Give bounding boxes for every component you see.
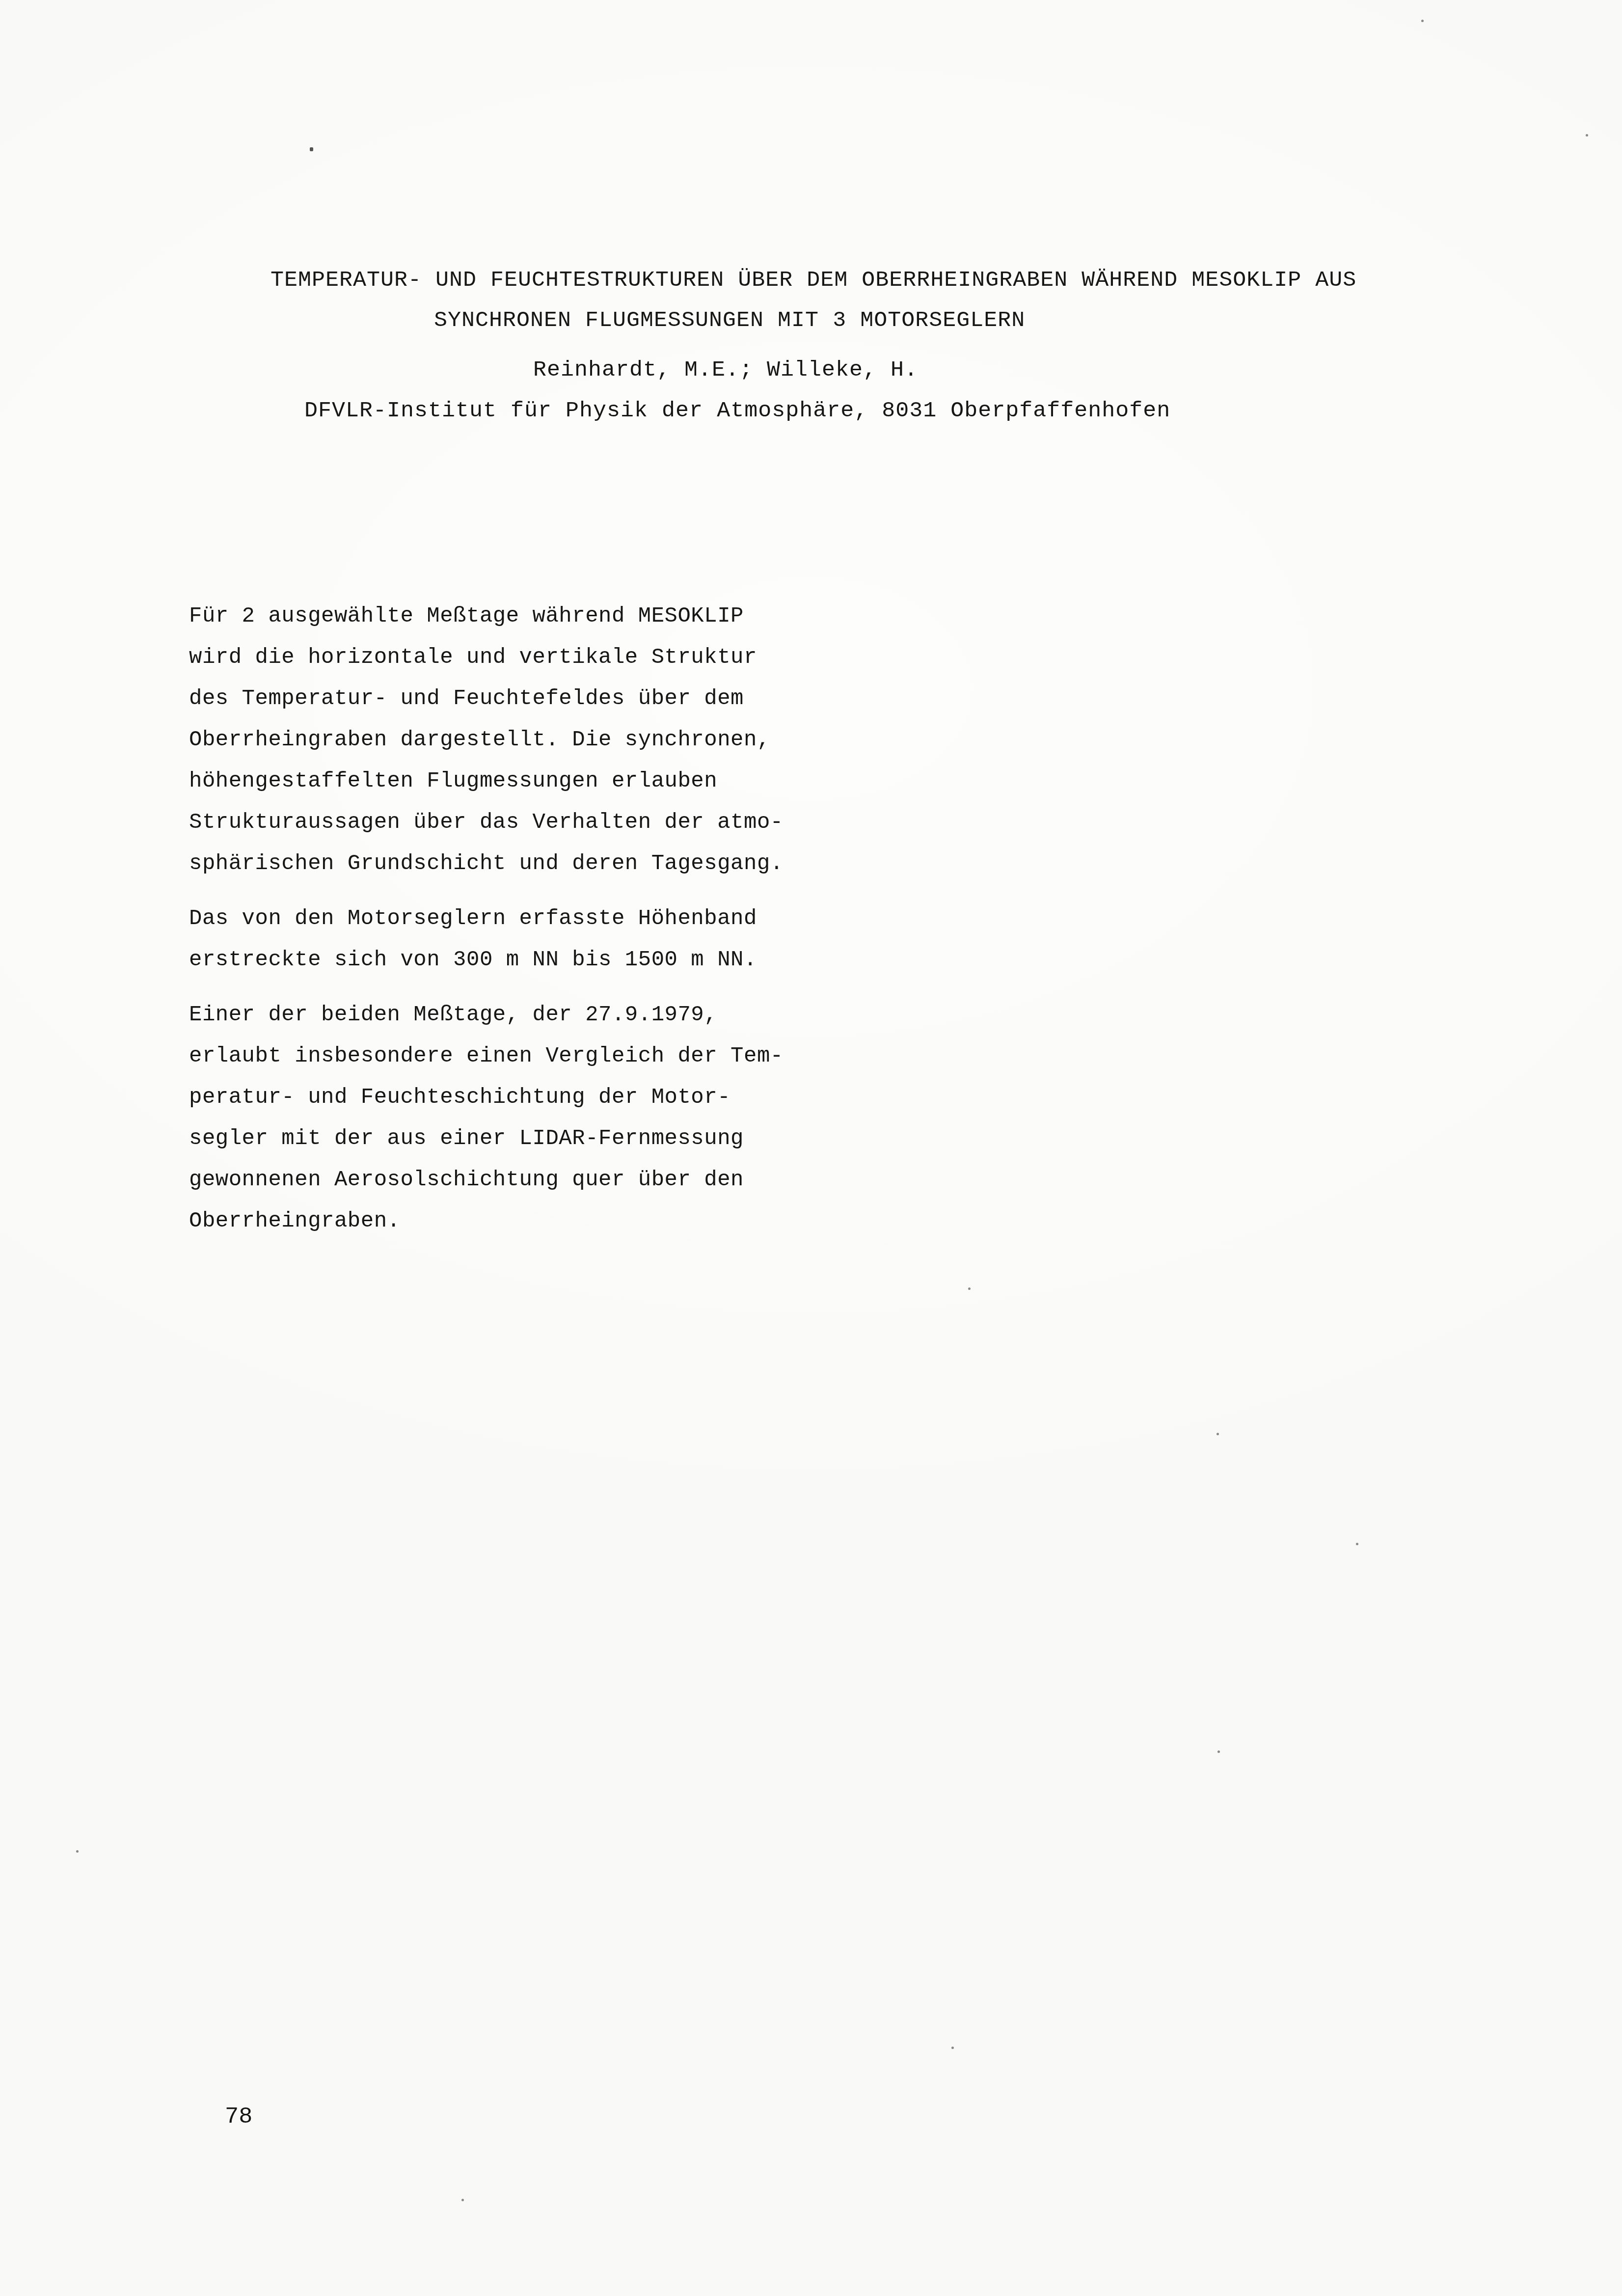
- scan-speck: [310, 147, 313, 151]
- paper-title-line-1: TEMPERATUR- UND FEUCHTESTRUKTUREN ÜBER D…: [270, 269, 1356, 291]
- abstract-body: Für 2 ausgewählte Meßtage während MESOKL…: [189, 596, 808, 1256]
- scan-speck: [461, 2199, 464, 2201]
- page-number: 78: [225, 2105, 252, 2129]
- scan-speck: [1356, 1543, 1358, 1545]
- affiliation-line: DFVLR-Institut für Physik der Atmosphäre…: [304, 400, 1170, 422]
- scan-speck: [1586, 134, 1588, 137]
- authors-line: Reinhardt, M.E.; Willeke, H.: [533, 359, 918, 381]
- scan-speck: [1216, 1433, 1219, 1435]
- abstract-paragraph-1: Für 2 ausgewählte Meßtage während MESOKL…: [189, 596, 808, 884]
- scan-speck: [951, 2047, 954, 2049]
- scanned-page: TEMPERATUR- UND FEUCHTESTRUKTUREN ÜBER D…: [0, 0, 1622, 2296]
- paper-title-line-2: SYNCHRONEN FLUGMESSUNGEN MIT 3 MOTORSEGL…: [434, 309, 1025, 331]
- abstract-paragraph-3: Einer der beiden Meßtage, der 27.9.1979,…: [189, 994, 808, 1242]
- scan-speck: [1421, 20, 1424, 22]
- scan-speck: [968, 1287, 971, 1290]
- scan-speck: [76, 1850, 79, 1853]
- scan-speck: [1217, 1750, 1220, 1753]
- abstract-paragraph-2: Das von den Motorseglern erfasste Höhenb…: [189, 898, 808, 981]
